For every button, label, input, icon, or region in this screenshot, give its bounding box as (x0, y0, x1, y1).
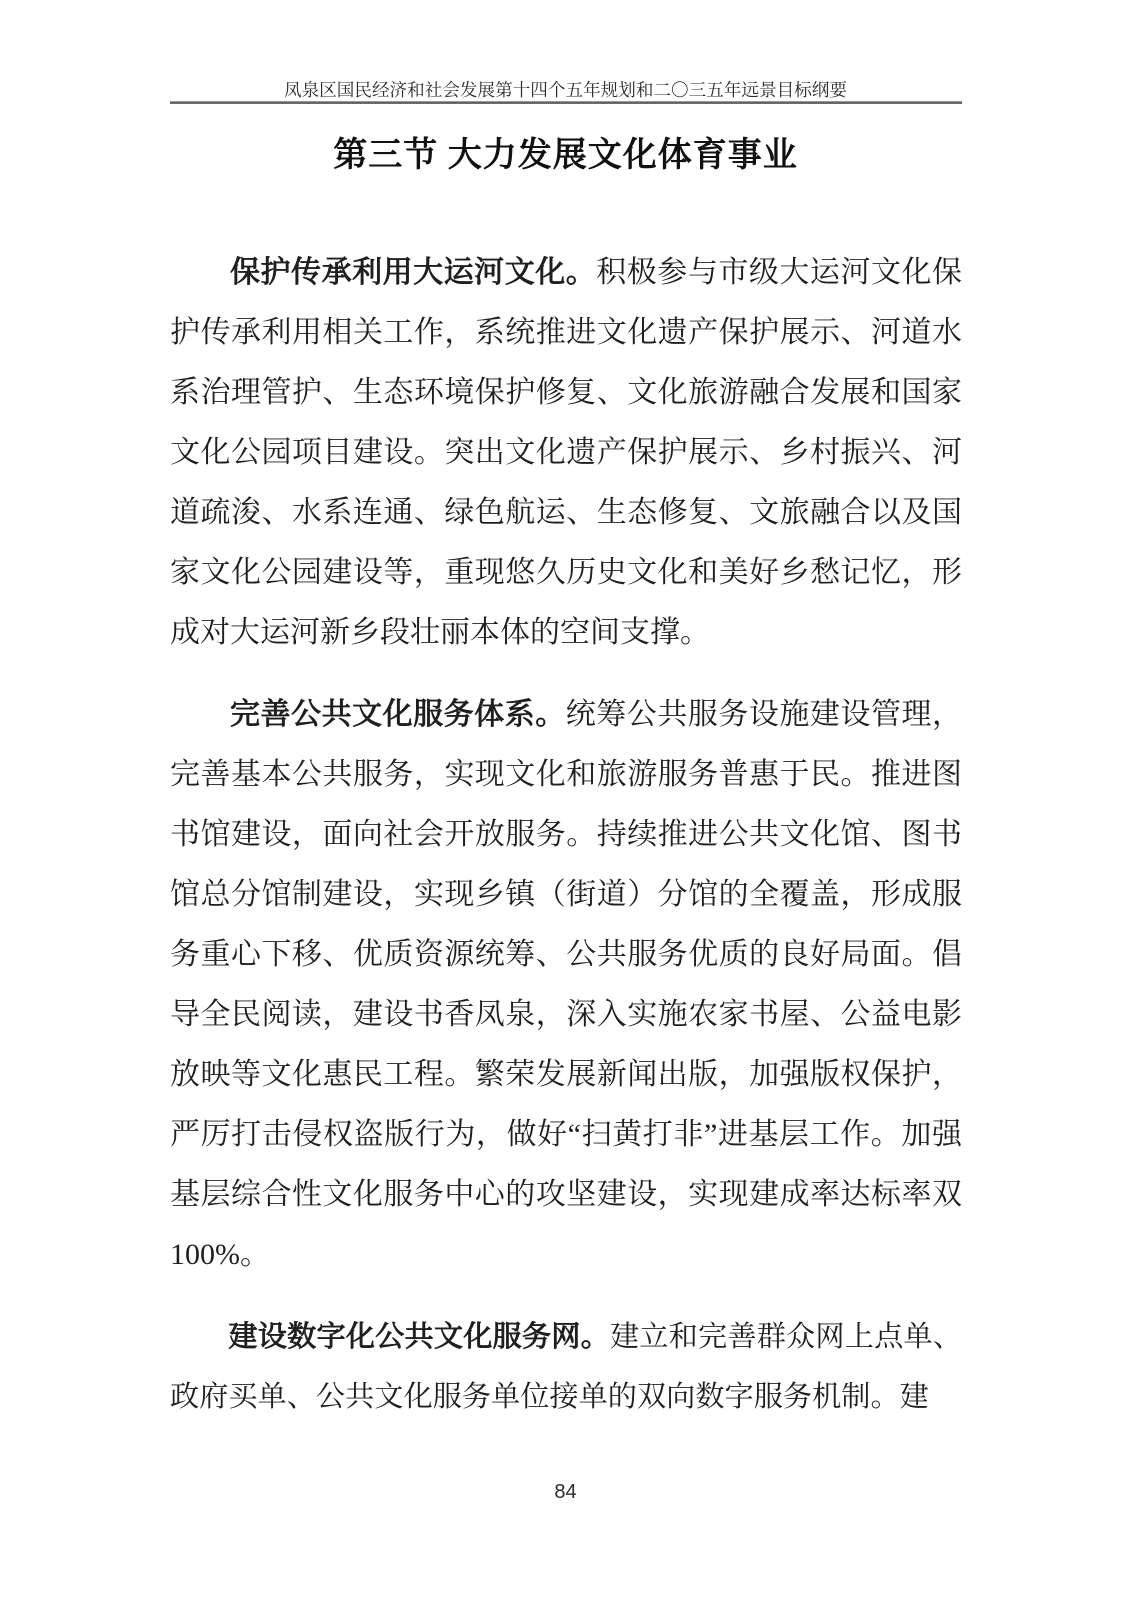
paragraph-digital-culture-network: 建设数字化公共文化服务网。建立和完善群众网上点单、政府买单、公共文化服务单位接单… (170, 1307, 962, 1427)
paragraph-lead: 保护传承利用大运河文化。 (230, 256, 596, 289)
running-header: 凤泉区国民经济和社会发展第十四个五年规划和二〇三五年远景目标纲要 (0, 80, 1131, 100)
paragraph-lead: 建设数字化公共文化服务网。 (228, 1321, 610, 1353)
document-page: 凤泉区国民经济和社会发展第十四个五年规划和二〇三五年远景目标纲要 第三节 大力发… (0, 0, 1131, 1600)
paragraph-public-culture-service: 完善公共文化服务体系。统筹公共服务设施建设管理，完善基本公共服务，实现文化和旅游… (170, 685, 962, 1285)
paragraph-text: 统筹公共服务设施建设管理，完善基本公共服务，实现文化和旅游服务普惠于民。推进图书… (170, 698, 962, 1271)
page-number: 84 (0, 1480, 1131, 1504)
document-body: 保护传承利用大运河文化。积极参与市级大运河文化保护传承利用相关工作，系统推进文化… (170, 243, 962, 1427)
paragraph-lead: 完善公共文化服务体系。 (230, 698, 566, 731)
header-rule (170, 101, 962, 104)
section-title: 第三节 大力发展文化体育事业 (0, 134, 1131, 178)
paragraph-canal-culture: 保护传承利用大运河文化。积极参与市级大运河文化保护传承利用相关工作，系统推进文化… (170, 243, 962, 663)
paragraph-text: 积极参与市级大运河文化保护传承利用相关工作，系统推进文化遗产保护展示、河道水系治… (170, 256, 962, 649)
